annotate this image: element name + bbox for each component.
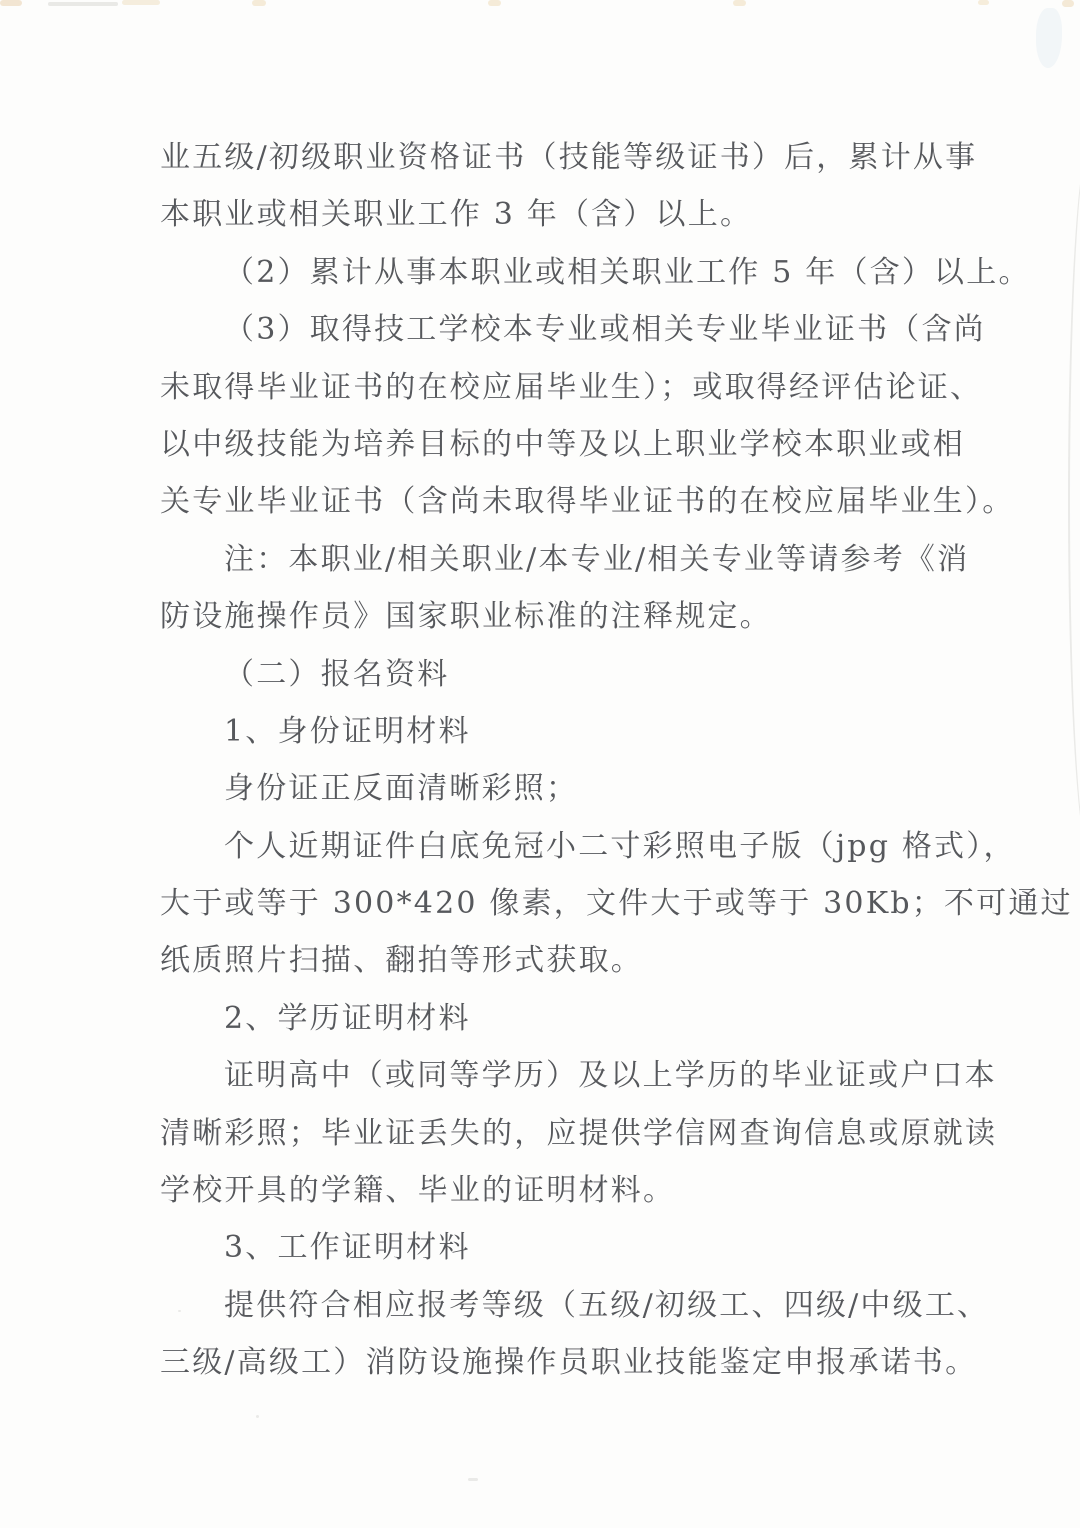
scan-smudge — [978, 0, 989, 5]
document-body: 业五级/初级职业资格证书（技能等级证书）后，累计从事 本职业或相关职业工作 3 … — [160, 129, 935, 1392]
text-line: （3）取得技工学校本专业或相关专业毕业证书（含尚 — [160, 301, 935, 358]
text-line: 提供符合相应报考等级（五级/初级工、四级/中级工、 — [160, 1277, 935, 1334]
text-line: 注：本职业/相关职业/本专业/相关专业等请参考《消 — [160, 531, 935, 588]
scan-smudge — [0, 0, 22, 6]
text-line: 学校开具的学籍、毕业的证明材料。 — [160, 1162, 935, 1219]
text-line: 纸质照片扫描、翻拍等形式获取。 — [160, 932, 935, 989]
text-line: （2）累计从事本职业或相关职业工作 5 年（含）以上。 — [160, 244, 935, 301]
scan-smudge — [252, 0, 266, 6]
text-line: 身份证正反面清晰彩照； — [160, 760, 935, 817]
item-heading: 2、学历证明材料 — [160, 990, 935, 1047]
text-line: 个人近期证件白底免冠小二寸彩照电子版（jpg 格式）， — [160, 818, 935, 875]
text-line: 业五级/初级职业资格证书（技能等级证书）后，累计从事 — [160, 129, 935, 186]
scan-smudge — [1062, 0, 1074, 7]
section-heading: （二）报名资料 — [160, 646, 935, 703]
text-line: 未取得毕业证书的在校应届毕业生）；或取得经评估论证、 — [160, 359, 935, 416]
scan-speck — [468, 1478, 478, 1481]
scan-blob — [1036, 8, 1062, 68]
text-line: 关专业毕业证书（含尚未取得毕业证书的在校应届毕业生）。 — [160, 473, 935, 530]
text-line: 防设施操作员》国家职业标准的注释规定。 — [160, 588, 935, 645]
text-line: 证明高中（或同等学历）及以上学历的毕业证或户口本 — [160, 1047, 935, 1104]
scan-edge-artifact — [1068, 140, 1080, 860]
document-page: 业五级/初级职业资格证书（技能等级证书）后，累计从事 本职业或相关职业工作 3 … — [0, 0, 1080, 1528]
text-line: 三级/高级工）消防设施操作员职业技能鉴定申报承诺书。 — [160, 1334, 935, 1391]
text-line: 以中级技能为培养目标的中等及以上职业学校本职业或相 — [160, 416, 935, 473]
scan-speck — [256, 1415, 259, 1418]
text-line: 本职业或相关职业工作 3 年（含）以上。 — [160, 186, 935, 243]
text-line: 清晰彩照；毕业证丢失的，应提供学信网查询信息或原就读 — [160, 1105, 935, 1162]
item-heading: 1、身份证明材料 — [160, 703, 935, 760]
text-line: 大于或等于 300*420 像素，文件大于或等于 30Kb；不可通过 — [160, 875, 935, 932]
scan-smudge — [122, 0, 160, 5]
scan-smudge — [48, 2, 118, 6]
scan-smudge — [488, 0, 501, 6]
scan-smudge — [733, 0, 746, 6]
item-heading: 3、工作证明材料 — [160, 1219, 935, 1276]
